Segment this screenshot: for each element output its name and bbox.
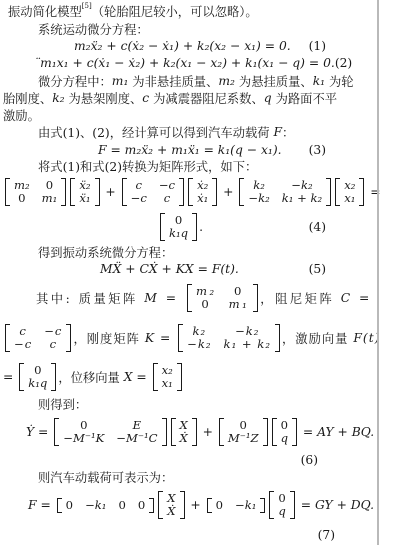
matrix: m₂00m₁ bbox=[187, 284, 258, 312]
right-bracket bbox=[275, 324, 280, 352]
matrix: 0−k₁00 bbox=[57, 498, 155, 513]
matrix: 0k₁q bbox=[19, 363, 56, 391]
text: 其中: 质量矩阵 bbox=[36, 289, 144, 307]
equation-number: (2) bbox=[335, 56, 352, 70]
matrix: 0q bbox=[272, 418, 297, 446]
text: = bbox=[353, 291, 372, 305]
matrix-cell: 0 bbox=[201, 298, 211, 311]
text: (6) bbox=[301, 453, 318, 467]
right-bracket bbox=[290, 491, 295, 519]
matrix: 0E−M⁻¹K−M⁻¹C bbox=[54, 418, 166, 446]
math-text: m₁ bbox=[112, 74, 129, 88]
para-then-obtain: 则得到： bbox=[0, 396, 396, 412]
equation-3: F = m₂ẍ₂ + m₁ẍ₁ = k₁(q − x₁).(3) bbox=[0, 141, 396, 158]
para-system-eq-intro: 系统运动微分方程： bbox=[0, 20, 396, 37]
matrix: k₂−k₂−k₂k₁ + k₂ bbox=[239, 178, 331, 206]
matrix: x₂x₁ bbox=[335, 178, 364, 206]
math-text: Ẏ bbox=[26, 425, 34, 439]
text: 为悬架刚度、 bbox=[65, 89, 143, 107]
matrix-cell: Ẋ bbox=[167, 505, 175, 518]
text: = bbox=[37, 498, 55, 512]
right-bracket bbox=[192, 418, 197, 446]
text: ： bbox=[282, 123, 294, 141]
math-text: GY + DQ. bbox=[315, 498, 374, 512]
matrix-cell: 0 bbox=[66, 499, 73, 512]
text: （轮胎阻尼较小，可以忽略）。 bbox=[92, 2, 258, 20]
equation-number: (3) bbox=[309, 143, 326, 157]
equation-5: MẌ + CẊ + KX = F(t).(5) bbox=[0, 260, 396, 278]
right-bracket bbox=[260, 498, 265, 513]
matrix-cell: −k₁ bbox=[85, 499, 106, 512]
matrix-cell: c bbox=[50, 338, 58, 351]
matrix-cell: M⁻¹Z bbox=[228, 432, 259, 445]
matrix-cell: −k₂ bbox=[248, 192, 269, 205]
matrix-cell: 0 bbox=[18, 192, 25, 205]
matrix-cell: m₁ bbox=[229, 298, 250, 311]
text: 为路面不平 bbox=[272, 89, 337, 107]
para-symbols-1: 微分方程中：m₁ 为非悬挂质量、m₂ 为悬挂质量、k₁ 为轮 bbox=[0, 72, 396, 89]
matrix: ẍ₂ẍ₁ bbox=[70, 178, 99, 206]
text: 为非悬挂质量、 bbox=[128, 72, 218, 90]
text: (7) bbox=[318, 528, 335, 542]
text: 则汽车动载荷可表示为： bbox=[38, 468, 173, 486]
text: 将式(1)和式(2)转换为矩阵形式，如下： bbox=[38, 157, 257, 175]
right-bracket bbox=[359, 178, 364, 206]
document-page: 振动简化模型[5]（轮胎阻尼较小，可以忽略）。系统运动微分方程：m₂ẍ₂ + c… bbox=[0, 0, 396, 545]
equation-7-body: F = 0−k₁00XẊ + 0−k₁0q = GY + DQ. bbox=[0, 485, 396, 525]
text: = bbox=[299, 425, 317, 439]
right-bracket bbox=[95, 178, 100, 206]
math-text: m₂ẍ₂ + c(ẋ₂ − ẋ₁) + k₂(x₂ − x₁) = 0. bbox=[74, 39, 291, 53]
math-text: c bbox=[142, 91, 149, 105]
math-text: M bbox=[144, 291, 159, 305]
right-bracket bbox=[212, 178, 217, 206]
para-matrices-def-1: 其中: 质量矩阵 M = m₂00m₁，阻尼矩阵 C = bbox=[0, 278, 396, 318]
right-bracket bbox=[179, 178, 184, 206]
math-text: F bbox=[274, 125, 283, 139]
matrix: XẊ bbox=[158, 491, 184, 519]
equation-2: ¨m₁x₁ + c(ẋ₁ − ẋ₂) + k₂(x₁ − x₂) + k₁(x₁… bbox=[0, 54, 396, 72]
column-divider-line bbox=[377, 0, 379, 545]
equation-7-number: (7) bbox=[0, 525, 396, 545]
right-bracket bbox=[180, 491, 185, 519]
text: 为轮 bbox=[325, 72, 354, 90]
text: 则得到： bbox=[38, 395, 87, 413]
text: ，位移向量 bbox=[58, 368, 123, 386]
para-matrices-def-2: c−c−cc，刚度矩阵 K = k₂−k₂−k₂k₁ + k₂，激励向量 F(t… bbox=[0, 318, 396, 358]
text: = bbox=[133, 370, 151, 384]
matrix-cell: k₁ + k₂ bbox=[224, 338, 271, 351]
right-bracket bbox=[177, 363, 182, 391]
para-matrices-def-3: = 0k₁q，位移向量 X = x₂x₁ bbox=[0, 358, 396, 396]
right-bracket bbox=[263, 418, 268, 446]
matrix: c−c−cc bbox=[5, 324, 71, 352]
text: + bbox=[187, 498, 205, 512]
para-dynamic-load-intro: 则汽车动载荷可表示为： bbox=[0, 468, 396, 485]
para-vib-eq-intro: 得到振动系统微分方程： bbox=[0, 244, 396, 260]
matrix: 0k₁q bbox=[160, 213, 197, 241]
matrix-cell: k₁q bbox=[169, 227, 188, 240]
matrix-cell: 0 bbox=[118, 499, 125, 512]
para-symbols-2: 胎刚度、k₂ 为悬架刚度、c 为减震器阻尼系数、q 为路面不平 bbox=[0, 89, 396, 106]
matrix-cell: −c bbox=[131, 192, 147, 205]
right-bracket bbox=[192, 213, 197, 241]
text: + bbox=[102, 185, 120, 199]
math-text: k₁ bbox=[313, 74, 325, 88]
math-text: K bbox=[145, 331, 155, 345]
text: 激励。 bbox=[3, 106, 40, 124]
text: 为悬挂质量、 bbox=[235, 72, 313, 90]
matrix: 0q bbox=[269, 491, 294, 519]
text: + bbox=[199, 425, 217, 439]
matrix-cell: ẋ₁ bbox=[197, 192, 208, 205]
text: + bbox=[219, 185, 237, 199]
math-text: m₂ bbox=[218, 74, 235, 88]
matrix-cell: k₁ + k₂ bbox=[282, 192, 322, 205]
text: . bbox=[199, 220, 203, 234]
math-text: C bbox=[341, 291, 353, 305]
text: ，刚度矩阵 bbox=[73, 329, 144, 347]
math-text: AY + BQ. bbox=[317, 425, 374, 439]
text: 得到振动系统微分方程： bbox=[38, 243, 173, 261]
math-text: F = m₂ẍ₂ + m₁ẍ₁ = k₁(q − x₁). bbox=[98, 143, 282, 157]
equation-6-body: Ẏ = 0E−M⁻¹K−M⁻¹CXẊ + 0M⁻¹Z0q = AY + BQ. bbox=[0, 412, 396, 452]
equation-number: (1) bbox=[309, 39, 326, 53]
right-bracket bbox=[253, 284, 258, 312]
math-text: k₂ bbox=[52, 91, 64, 105]
equation-1: m₂ẍ₂ + c(ẋ₂ − ẋ₁) + k₂(x₂ − x₁) = 0.(1) bbox=[0, 37, 396, 54]
right-bracket bbox=[162, 418, 167, 446]
text: 胎刚度、 bbox=[3, 89, 52, 107]
matrix-cell: k₁q bbox=[28, 377, 47, 390]
matrix-cell: m₁ bbox=[42, 192, 58, 205]
text: 系统运动微分方程： bbox=[38, 20, 149, 38]
matrix: c−c−cc bbox=[122, 178, 184, 206]
matrix-cell: −c bbox=[14, 338, 32, 351]
text: 为减震器阻尼系数、 bbox=[149, 89, 264, 107]
equation-4-part2: 0k₁q.(4) bbox=[0, 210, 396, 244]
right-bracket bbox=[149, 498, 154, 513]
matrix: 0−k₁ bbox=[207, 498, 266, 513]
matrix: x₂x₁ bbox=[153, 363, 182, 391]
text: = bbox=[297, 498, 315, 512]
matrix: k₂−k₂−k₂k₁ + k₂ bbox=[178, 324, 280, 352]
math-text: q bbox=[264, 91, 272, 105]
matrix-cell: c bbox=[164, 192, 171, 205]
matrix-cell: x₁ bbox=[344, 192, 355, 205]
matrix: ẋ₂ẋ₁ bbox=[188, 178, 217, 206]
text: = bbox=[3, 370, 17, 384]
equation-6-number: (6) bbox=[0, 452, 396, 468]
math-text: F bbox=[28, 498, 37, 512]
matrix-cell: −k₂ bbox=[187, 338, 211, 351]
text: 微分方程中： bbox=[38, 72, 112, 90]
text: = bbox=[34, 425, 52, 439]
right-bracket bbox=[61, 178, 66, 206]
matrix-cell: Ẋ bbox=[180, 432, 188, 445]
para-matrix-intro: 将式(1)和式(2)转换为矩阵形式，如下： bbox=[0, 158, 396, 174]
text: 由式(1)、(2)，经计算可以得到汽车动载荷 bbox=[38, 123, 274, 141]
matrix-cell: 0 bbox=[138, 499, 145, 512]
text: ，激励向量 bbox=[282, 329, 353, 347]
right-bracket bbox=[66, 324, 71, 352]
text-column: 振动简化模型[5]（轮胎阻尼较小，可以忽略）。系统运动微分方程：m₂ẍ₂ + c… bbox=[0, 2, 396, 545]
text: 振动简化模型 bbox=[8, 2, 82, 20]
matrix-cell: −M⁻¹K bbox=[63, 432, 104, 445]
right-bracket bbox=[51, 363, 56, 391]
equation-number: (4) bbox=[309, 220, 326, 234]
matrix: 0M⁻¹Z bbox=[219, 418, 268, 446]
matrix-cell: −M⁻¹C bbox=[116, 432, 157, 445]
matrix-cell: 0 bbox=[216, 499, 223, 512]
matrix-cell: q bbox=[278, 505, 285, 518]
math-text: ¨m₁x₁ + c(ẋ₁ − ẋ₂) + k₂(x₁ − x₂) + k₁(x₁… bbox=[34, 56, 335, 70]
matrix-cell: −k₁ bbox=[235, 499, 256, 512]
right-bracket bbox=[326, 178, 331, 206]
text: = bbox=[159, 291, 185, 305]
equation-number: (5) bbox=[309, 262, 326, 276]
para-symbols-3: 激励。 bbox=[0, 106, 396, 123]
equation-4-part1: m₂00m₁ẍ₂ẍ₁ + c−c−ccẋ₂ẋ₁ + k₂−k₂−k₂k₁ + k… bbox=[0, 174, 396, 210]
para-intro: 振动简化模型[5]（轮胎阻尼较小，可以忽略）。 bbox=[0, 2, 396, 20]
matrix-cell: ẍ₁ bbox=[79, 192, 90, 205]
matrix: XẊ bbox=[171, 418, 197, 446]
matrix-cell: q bbox=[281, 432, 288, 445]
matrix-cell: x₁ bbox=[162, 377, 173, 390]
matrix: m₂00m₁ bbox=[5, 178, 66, 206]
math-text: X bbox=[124, 370, 133, 384]
para-load-intro: 由式(1)、(2)，经计算可以得到汽车动载荷 F： bbox=[0, 123, 396, 141]
math-text: MẌ + CẊ + KX = F(t). bbox=[100, 262, 239, 276]
text: = bbox=[155, 331, 176, 345]
text: ，阻尼矩阵 bbox=[260, 289, 340, 307]
right-bracket bbox=[292, 418, 297, 446]
